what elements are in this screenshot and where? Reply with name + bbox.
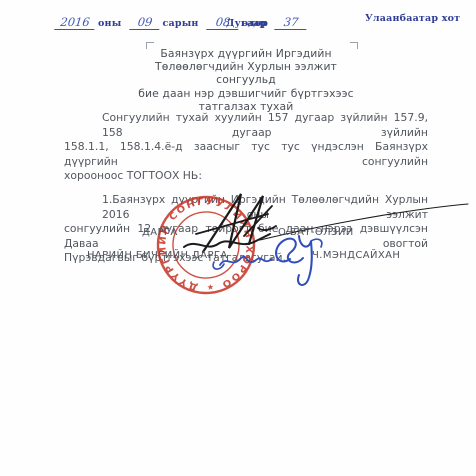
title-line: Төлөөлөгчдийн Хурлын ээлжит сонгуульд xyxy=(126,60,366,86)
city-label: Улаанбаатар хот xyxy=(365,13,460,24)
year-label: оны xyxy=(98,18,121,29)
stamp-ring-text: ДҮҮРГИЙН СОНГУУЛИЙН ХОРОО xyxy=(152,193,258,296)
official-stamp: ДҮҮРГИЙН СОНГУУЛИЙН ХОРОО ★ xyxy=(143,182,268,307)
body-line: хорооноос ТОГТООХ НЬ: xyxy=(64,169,428,184)
month-label: сарын xyxy=(163,18,199,29)
title-line: бие даан нэр дэвшигчийг бүртгэхээс xyxy=(126,87,366,100)
document-number-line: Дугаар 37 xyxy=(226,11,310,30)
paragraph-legal-basis: Сонгуулийн тухай хуулийн 157 дугаар зүйл… xyxy=(64,111,428,184)
handwritten-year: 2016 xyxy=(54,16,95,30)
secretary-title-label: НАРИЙН БИЧГИЙН ДАРГА xyxy=(87,250,228,261)
scanned-decree-document: 2016оны 09сарын 08өдөр Дугаар 37 Улаанба… xyxy=(0,0,476,476)
body-line: 158.1.1, 158.1.4.ё-д заасныг тус тус үнд… xyxy=(64,140,428,169)
chairman-title-label: ДАРГА xyxy=(142,227,178,238)
stamp-star-icon: ★ xyxy=(206,282,214,292)
number-label: Дугаар xyxy=(226,18,267,29)
svg-text:ДҮҮРГИЙН СОНГУУЛИЙН ХОРОО: ДҮҮРГИЙН СОНГУУЛИЙН ХОРОО xyxy=(152,193,258,296)
title-line: Баянзүрх дүүргийн Иргэдийн xyxy=(126,47,366,60)
handwritten-number: 37 xyxy=(274,16,307,30)
document-title: Баянзүрх дүүргийн Иргэдийн Төлөөлөгчдийн… xyxy=(126,47,366,113)
secretary-name: Ч.МЭНДСАЙХАН xyxy=(312,250,400,261)
handwritten-month: 09 xyxy=(129,16,160,30)
body-line: Сонгуулийн тухай хуулийн 157 дугаар зүйл… xyxy=(64,111,428,140)
chairman-name: О.БАТ-ӨЛЗИЙ xyxy=(278,227,354,238)
